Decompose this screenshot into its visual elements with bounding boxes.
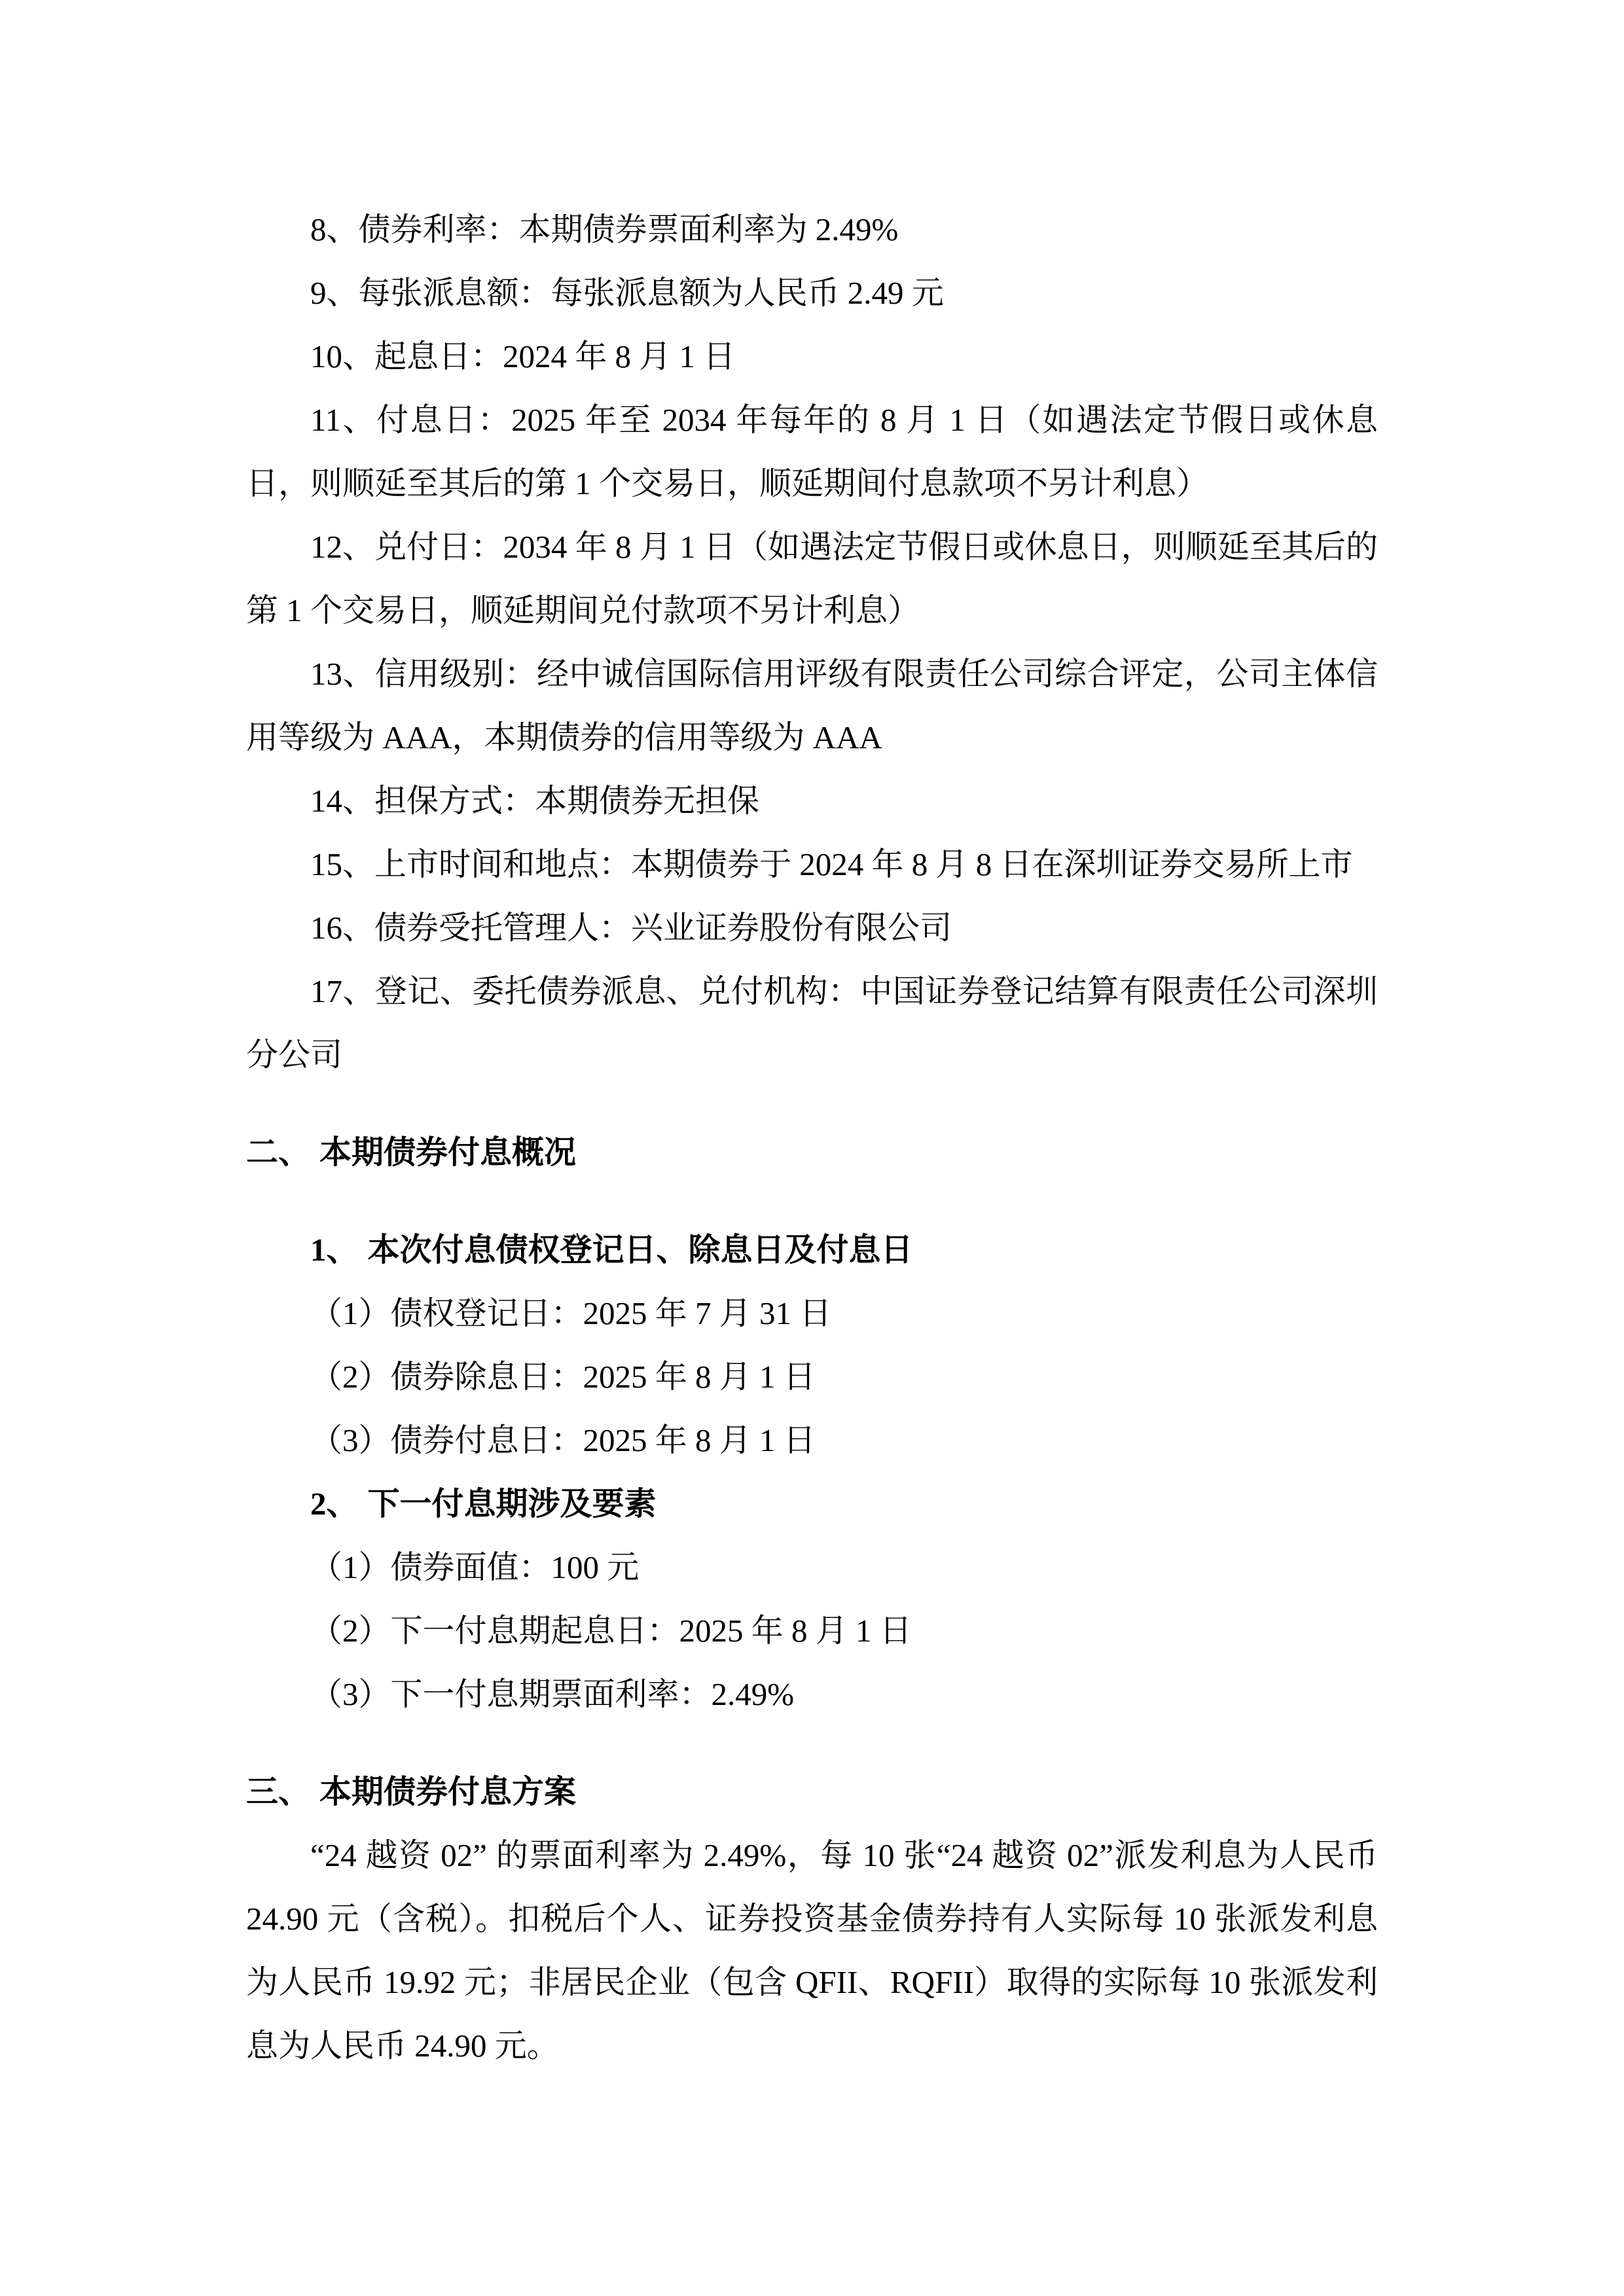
section-2-sub-1-number: 1、 (310, 1232, 359, 1268)
section-2-sub-1-heading: 1、本次付息债权登记日、除息日及付息日 (246, 1218, 1378, 1282)
section-3-paragraph: “24 越资 02” 的票面利率为 2.49%，每 10 张“24 越资 02”… (246, 1823, 1378, 2077)
list-item-12: 12、兑付日：2034 年 8 月 1 日（如遇法定节假日或休息日，则顺延至其后… (246, 515, 1378, 642)
list-item-8: 8、债券利率：本期债券票面利率为 2.49% (246, 198, 1378, 261)
payment-date-item: （3）债券付息日：2025 年 8 月 1 日 (246, 1408, 1378, 1472)
section-3-heading-title: 本期债券付息方案 (319, 1774, 576, 1810)
section-2-sub-2-heading: 2、下一付息期涉及要素 (246, 1472, 1378, 1535)
list-item-14: 14、担保方式：本期债券无担保 (246, 769, 1378, 833)
section-2-sub-2-number: 2、 (310, 1486, 359, 1522)
next-coupon-rate-item: （3）下一付息期票面利率：2.49% (246, 1662, 1378, 1726)
list-item-11: 11、付息日：2025 年至 2034 年每年的 8 月 1 日（如遇法定节假日… (246, 388, 1378, 515)
list-item-16: 16、债券受托管理人：兴业证券股份有限公司 (246, 896, 1378, 960)
next-accrual-date-item: （2）下一付息期起息日：2025 年 8 月 1 日 (246, 1599, 1378, 1662)
section-2-heading: 二、本期债券付息概况 (246, 1121, 1378, 1184)
list-item-15: 15、上市时间和地点：本期债券于 2024 年 8 月 8 日在深圳证券交易所上… (246, 833, 1378, 896)
section-2-sub-2-title: 下一付息期涉及要素 (368, 1486, 657, 1522)
section-2-heading-number: 二、 (246, 1134, 310, 1170)
list-item-17: 17、登记、委托债券派息、兑付机构：中国证券登记结算有限责任公司深圳分公司 (246, 960, 1378, 1086)
section-2-sub-1-title: 本次付息债权登记日、除息日及付息日 (368, 1232, 913, 1268)
section-3-heading: 三、本期债券付息方案 (246, 1760, 1378, 1823)
list-item-13: 13、信用级别：经中诚信国际信用评级有限责任公司综合评定，公司主体信用等级为 A… (246, 642, 1378, 769)
section-3-heading-number: 三、 (246, 1774, 310, 1810)
document-page: 8、债券利率：本期债券票面利率为 2.49% 9、每张派息额：每张派息额为人民币… (0, 0, 1624, 2296)
ex-interest-date-item: （2）债券除息日：2025 年 8 月 1 日 (246, 1345, 1378, 1408)
list-item-9: 9、每张派息额：每张派息额为人民币 2.49 元 (246, 261, 1378, 325)
list-item-10: 10、起息日：2024 年 8 月 1 日 (246, 325, 1378, 388)
section-2-heading-title: 本期债券付息概况 (319, 1134, 576, 1170)
face-value-item: （1）债券面值：100 元 (246, 1535, 1378, 1599)
document-content: 8、债券利率：本期债券票面利率为 2.49% 9、每张派息额：每张派息额为人民币… (0, 0, 1624, 2077)
record-date-item: （1）债权登记日：2025 年 7 月 31 日 (246, 1282, 1378, 1345)
